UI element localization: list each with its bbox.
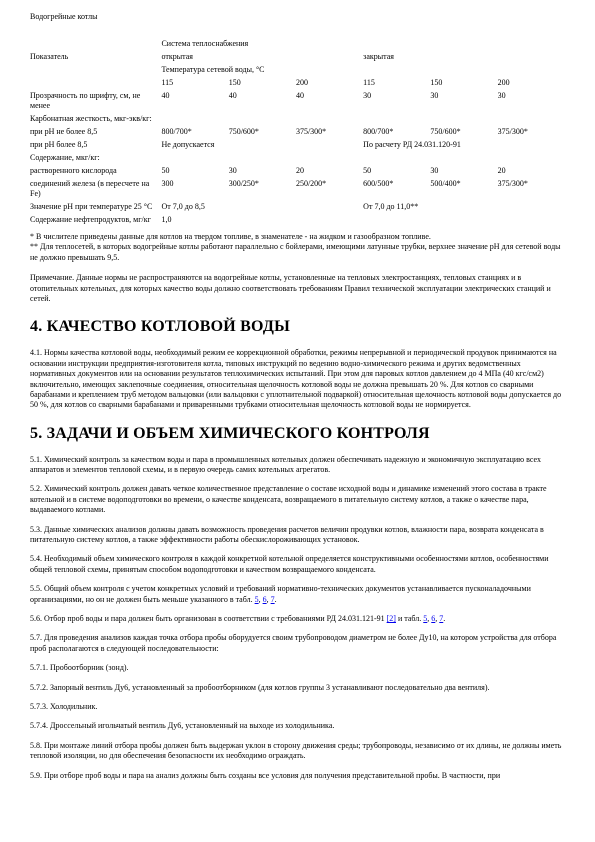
row-label: Содержание нефтепродуктов, мг/кг: [30, 213, 161, 226]
row-label: Содержание, мкг/кг:: [30, 151, 161, 164]
period: .: [443, 614, 445, 623]
table-cell: 250/200*: [296, 177, 363, 200]
table-cell: 50: [161, 164, 228, 177]
table-cell: 1,0: [161, 213, 228, 226]
footnote-asterisk: * В числителе приведены данные для котло…: [30, 232, 565, 242]
table-cell: 30: [430, 89, 497, 112]
paragraph-5-7-2: 5.7.2. Запорный вентиль Ду6, установленн…: [30, 683, 565, 693]
table-cell: 30: [229, 164, 296, 177]
table-cell: 375/300*: [296, 125, 363, 138]
table-row: при рН не более 8,5 800/700* 750/600* 37…: [30, 125, 565, 138]
temp-col: 115: [161, 76, 228, 89]
paragraph-5-7-1: 5.7.1. Пробоотборник (зонд).: [30, 663, 565, 673]
table-cell: 20: [296, 164, 363, 177]
table-cell: 800/700*: [363, 125, 430, 138]
table-note: Примечание. Данные нормы не распространя…: [30, 273, 565, 304]
table-header-system-row: Система теплоснабжения: [30, 37, 565, 50]
table-row: Значение рН при температуре 25 °С От 7,0…: [30, 200, 565, 213]
table-row: Содержание нефтепродуктов, мг/кг 1,0: [30, 213, 565, 226]
table-cell: 50: [363, 164, 430, 177]
table-row: Прозрачность по шрифту, см, не менее 40 …: [30, 89, 565, 112]
doc-top-line: Водогрейные котлы: [30, 12, 565, 21]
empty-cell: [161, 112, 565, 125]
table-cell: 30: [363, 89, 430, 112]
paragraph-5-7: 5.7. Для проведения анализов каждая точк…: [30, 633, 565, 654]
table-cell: 300/250*: [229, 177, 296, 200]
table-cell: 40: [161, 89, 228, 112]
table-header-type-row: Показатель открытая закрытая: [30, 50, 565, 63]
paragraph-5-7-3: 5.7.3. Холодильник.: [30, 702, 565, 712]
row-label: Прозрачность по шрифту, см, не менее: [30, 89, 161, 112]
temp-col: 150: [430, 76, 497, 89]
row-label: растворенного кислорода: [30, 164, 161, 177]
row-label: при рН не более 8,5: [30, 125, 161, 138]
paragraph-5-9: 5.9. При отборе проб воды и пара на анал…: [30, 771, 565, 781]
link-reference-2[interactable]: [2]: [387, 614, 396, 623]
row-label: Карбонатная жесткость, мкг-экв/кг:: [30, 112, 161, 125]
row-label: при рН более 8,5: [30, 138, 161, 151]
table-cell: 300: [161, 177, 228, 200]
paragraph-5-1: 5.1. Химический контроль за качеством во…: [30, 455, 565, 476]
table-row: Содержание, мкг/кг:: [30, 151, 565, 164]
table-cell: 20: [498, 164, 565, 177]
table-row: Карбонатная жесткость, мкг-экв/кг:: [30, 112, 565, 125]
section-4-heading: 4. КАЧЕСТВО КОТЛОВОЙ ВОДЫ: [30, 318, 565, 336]
table-cell: 375/300*: [498, 125, 565, 138]
temp-col: 200: [296, 76, 363, 89]
water-quality-table: Система теплоснабжения Показатель открыт…: [30, 37, 565, 226]
table-cell: 375/300*: [498, 177, 565, 200]
table-cell: 800/700*: [161, 125, 228, 138]
paragraph-5-6-mid: и табл.: [396, 614, 423, 623]
table-cell: 40: [296, 89, 363, 112]
table-cell-span-closed: По расчету РД 24.031.120-91: [363, 138, 565, 151]
table-header-temp-values-row: 115 150 200 115 150 200: [30, 76, 565, 89]
row-label: соединений железа (в пересчете на Fe): [30, 177, 161, 200]
paragraph-5-4: 5.4. Необходимый объем химического контр…: [30, 554, 565, 575]
table-footnotes: * В числителе приведены данные для котло…: [30, 232, 565, 263]
section-5-heading: 5. ЗАДАЧИ И ОБЪЕМ ХИМИЧЕСКОГО КОНТРОЛЯ: [30, 425, 565, 443]
paragraph-5-2: 5.2. Химический контроль должен давать ч…: [30, 484, 565, 515]
table-cell: 600/500*: [363, 177, 430, 200]
header-open: открытая: [161, 50, 363, 63]
header-indicator: Показатель: [30, 50, 161, 63]
temp-col: 150: [229, 76, 296, 89]
table-cell-span-open: От 7,0 до 8,5: [161, 200, 363, 213]
table-cell: 30: [430, 164, 497, 177]
empty-cell: [30, 63, 161, 76]
paragraph-4-1: 4.1. Нормы качества котловой воды, необх…: [30, 348, 565, 410]
document-page: Водогрейные котлы Система теплоснабжения…: [0, 0, 595, 800]
table-cell-span-closed: От 7,0 до 11,0**: [363, 200, 565, 213]
header-closed: закрытая: [363, 50, 565, 63]
table-cell: 30: [498, 89, 565, 112]
paragraph-5-3: 5.3. Данные химических анализов должны д…: [30, 525, 565, 546]
header-temp: Температура сетевой воды, °С: [161, 63, 565, 76]
paragraph-5-5: 5.5. Общий объем контроля с учетом конкр…: [30, 584, 565, 605]
table-cell: 750/600*: [229, 125, 296, 138]
table-header-temp-row: Температура сетевой воды, °С: [30, 63, 565, 76]
empty-cell: [229, 213, 565, 226]
empty-cell: [30, 76, 161, 89]
paragraph-5-6-text: 5.6. Отбор проб воды и пара должен быть …: [30, 614, 387, 623]
empty-cell: [30, 37, 161, 50]
temp-col: 115: [363, 76, 430, 89]
paragraph-5-8: 5.8. При монтаже линий отбора пробы долж…: [30, 741, 565, 762]
footnote-double-asterisk: ** Для теплосетей, в которых водогрейные…: [30, 242, 565, 263]
table-row: при рН более 8,5 Не допускается По расче…: [30, 138, 565, 151]
table-row: соединений железа (в пересчете на Fe) 30…: [30, 177, 565, 200]
row-label: Значение рН при температуре 25 °С: [30, 200, 161, 213]
header-system: Система теплоснабжения: [161, 37, 565, 50]
paragraph-5-7-4: 5.7.4. Дроссельный игольчатый вентиль Ду…: [30, 721, 565, 731]
period: .: [275, 595, 277, 604]
table-cell: 40: [229, 89, 296, 112]
paragraph-5-5-text: 5.5. Общий объем контроля с учетом конкр…: [30, 584, 531, 603]
temp-col: 200: [498, 76, 565, 89]
paragraph-5-6: 5.6. Отбор проб воды и пара должен быть …: [30, 614, 565, 624]
table-cell: 750/600*: [430, 125, 497, 138]
empty-cell: [161, 151, 565, 164]
table-row: растворенного кислорода 50 30 20 50 30 2…: [30, 164, 565, 177]
table-cell-span-open: Не допускается: [161, 138, 363, 151]
table-cell: 500/400*: [430, 177, 497, 200]
